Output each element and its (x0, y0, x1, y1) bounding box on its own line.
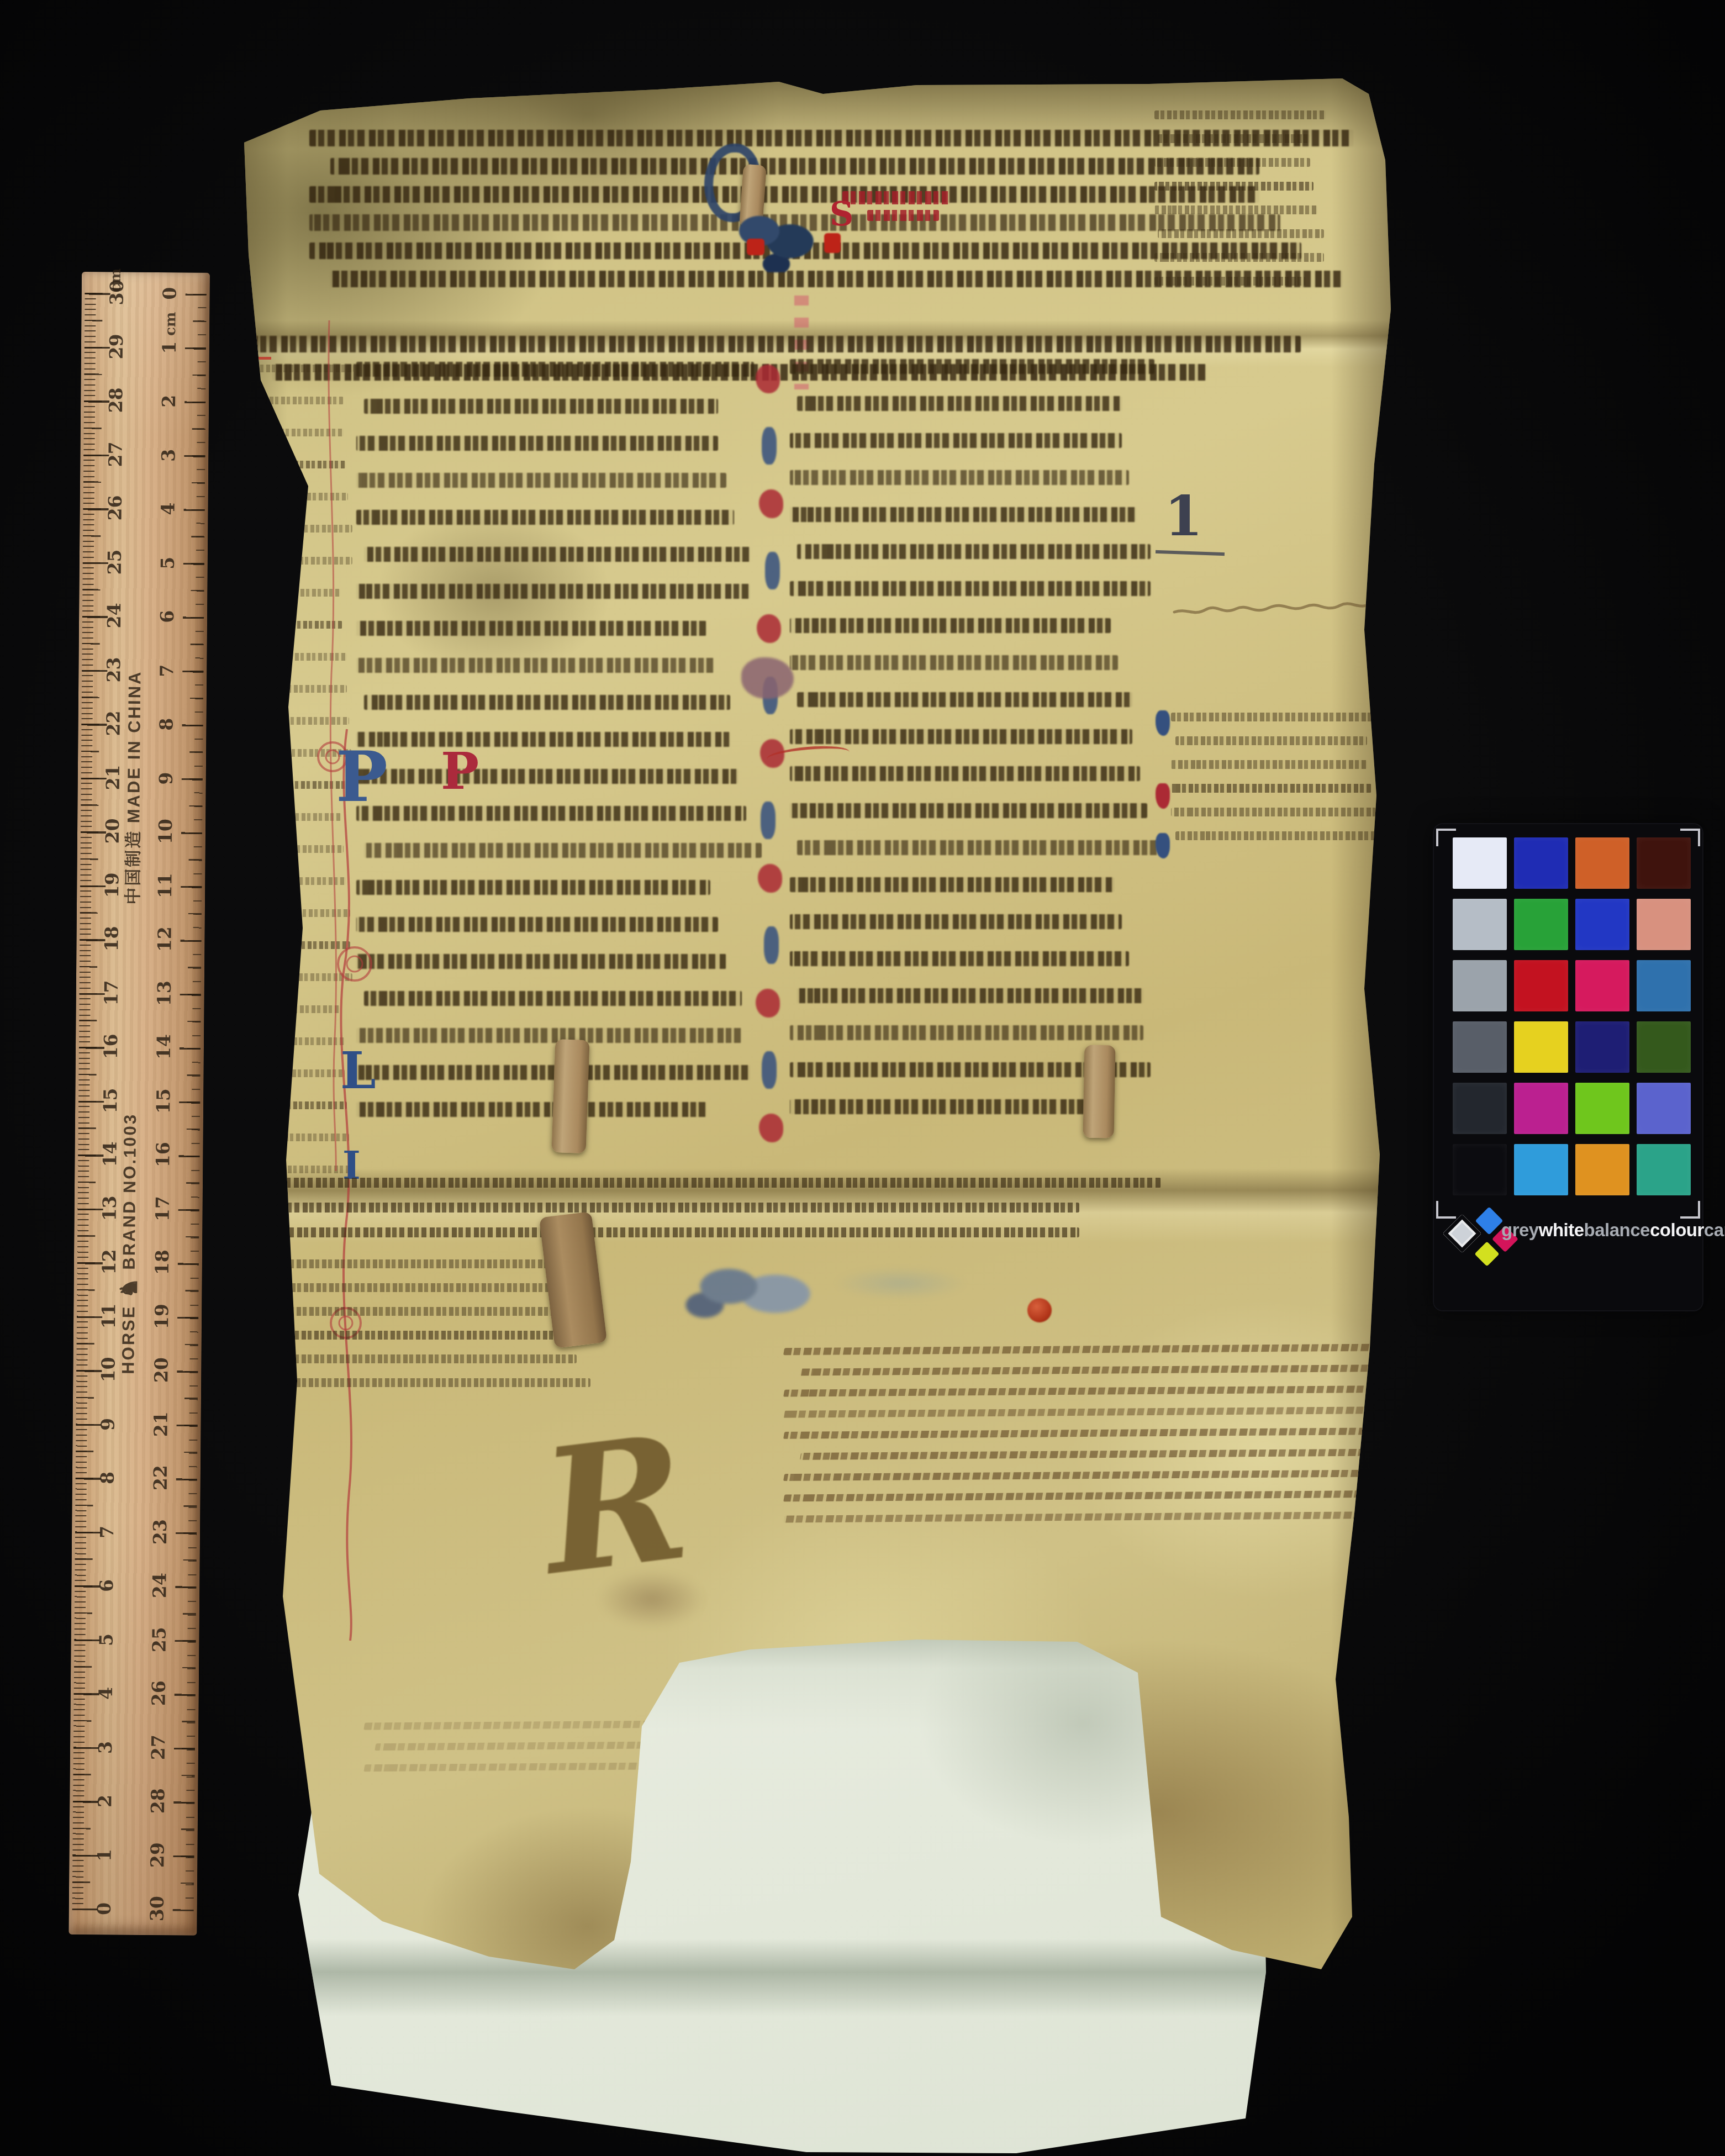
manuscript-text-line (797, 396, 1121, 411)
colour-patch (1514, 1021, 1568, 1073)
ruler-number: 14 (154, 1035, 174, 1059)
manuscript-text-line (1175, 736, 1367, 745)
paraph-mark-red (756, 989, 780, 1018)
paraph-mark-blue (762, 427, 777, 465)
ruler-number: 15 (101, 1089, 120, 1113)
colour-patch (1637, 960, 1691, 1011)
registration-corner-icon (1680, 1201, 1700, 1219)
ruler-right-scale: 0123456789101112131415161718192021222324… (82, 272, 210, 273)
ruler-number: 8 (156, 712, 176, 736)
manuscript-text-line (783, 1510, 1521, 1522)
ruler-number: 9 (156, 766, 176, 790)
manuscript-text-line (1158, 229, 1324, 238)
colour-checker-card: greywhitebalancecolourcard.co.uk (1434, 824, 1702, 1310)
manuscript-text-line (1171, 760, 1367, 769)
paraph-mark-red (757, 614, 781, 643)
paraph-red-1 (1156, 783, 1170, 809)
ruler-number: 21 (151, 1412, 171, 1437)
paraph-blue-1 (1156, 710, 1170, 736)
ruler-number: 0 (94, 1896, 114, 1921)
manuscript-text-line (790, 1025, 1143, 1040)
manuscript-text-line (250, 1227, 1079, 1237)
manuscript-text-line (797, 544, 1151, 559)
ruler-number: 18 (102, 927, 122, 951)
paraph-mark-red (759, 489, 783, 518)
colour-patch (1514, 1083, 1568, 1134)
manuscript-text-line (356, 769, 738, 784)
manuscript-text-line (356, 510, 734, 525)
manuscript-text-line (246, 1331, 569, 1340)
folio-underline (1156, 550, 1225, 556)
colour-patch (1514, 1144, 1568, 1195)
manuscript-text-line (797, 692, 1132, 707)
colour-patch (1453, 1083, 1507, 1134)
manuscript-text-line (356, 880, 710, 895)
ruler-number: 4 (158, 497, 178, 521)
colour-patch (1575, 1144, 1629, 1195)
ruler-unit-label-right: cm (162, 312, 179, 336)
ruler-number: 22 (151, 1466, 171, 1490)
paraph-blue-2 (1156, 833, 1170, 858)
manuscript-text-line (330, 158, 1259, 175)
ruler-number: 9 (98, 1412, 118, 1436)
ruler-cm-ticks-right (173, 293, 207, 1911)
ruler-number: 4 (96, 1681, 116, 1705)
manuscript-text-line (790, 877, 1114, 892)
manuscript-text-line (783, 1468, 1595, 1481)
ruler-number: 29 (147, 1843, 167, 1868)
ruler-number: 2 (95, 1789, 115, 1813)
manuscript-text-line (1154, 205, 1317, 214)
ruler-number: 1 (160, 335, 180, 360)
text-block-left-column (356, 362, 754, 1139)
colour-patch (1575, 837, 1629, 889)
card-url-word: grey (1501, 1220, 1539, 1240)
photo-scene: S P P L I (0, 0, 1725, 2156)
manuscript-text-line (356, 473, 726, 488)
ruler-number: 7 (157, 658, 177, 683)
ruler-number: 25 (105, 550, 125, 574)
logo-diamond-yellow-icon (1474, 1241, 1499, 1266)
manuscript-text-line (356, 584, 750, 599)
ruler-number: 22 (103, 711, 123, 736)
ruler-number: 11 (99, 1304, 119, 1329)
manuscript-text-line (790, 359, 1154, 374)
colour-patch (1637, 1021, 1691, 1073)
manuscript-text-line (783, 1489, 1505, 1501)
manuscript-text-line (364, 547, 750, 562)
initial-p-blue: P (336, 743, 388, 812)
registration-corner-icon (1436, 1201, 1456, 1219)
text-block-right-edge (1154, 110, 1326, 301)
colour-patch (1637, 899, 1691, 950)
logo-diamond-blue-icon (1475, 1207, 1504, 1235)
ruler-number: 5 (96, 1627, 116, 1652)
ruler-number: 19 (102, 873, 122, 898)
manuscript-text-line (1154, 253, 1324, 262)
manuscript-text-line (356, 1065, 750, 1080)
ruler-number: 30 (147, 1897, 167, 1921)
red-penwork-flourish (304, 320, 403, 1646)
manuscript-text-line (797, 840, 1162, 855)
manuscript-text-line (1175, 831, 1384, 840)
ruler-number: 10 (156, 820, 176, 844)
manuscript-text-line (790, 507, 1136, 522)
manuscript-text-line (790, 581, 1151, 596)
colour-patch-grid (1453, 837, 1691, 1195)
manuscript-text-line (790, 470, 1129, 485)
manuscript-text-line (268, 1203, 1079, 1213)
manuscript-text-line (356, 806, 746, 821)
paraph-mark-chain (752, 365, 785, 1182)
colour-patch (1575, 1021, 1629, 1073)
card-url-word: colour (1650, 1220, 1704, 1240)
manuscript-text-line (790, 914, 1122, 929)
colour-patch (1637, 1083, 1691, 1134)
ruler-number: 15 (154, 1089, 173, 1114)
ruler-number: 25 (149, 1628, 169, 1652)
manuscript-text-line (364, 991, 742, 1006)
ruler-number: 24 (150, 1574, 170, 1598)
ruler-number: 27 (105, 442, 125, 467)
colour-patch (1514, 837, 1568, 889)
ruler-number: 30 (107, 281, 127, 305)
ruler-number: 14 (100, 1142, 120, 1167)
red-accent-left (747, 239, 764, 255)
horse-logo-icon: ♞ (115, 1276, 141, 1299)
ruler-number: 16 (153, 1143, 173, 1167)
text-block-right-margin (1171, 713, 1386, 855)
grey-wash-streak (815, 1261, 986, 1306)
manuscript-text-line (1158, 134, 1310, 143)
ruler-number: 6 (157, 604, 177, 629)
manuscript-text-line (356, 362, 754, 377)
manuscript-text-line (790, 729, 1132, 744)
manuscript-text-line (356, 1028, 742, 1043)
card-brand-url: greywhitebalancecolourcard.co.uk (1501, 1220, 1725, 1241)
manuscript-text-line (783, 1342, 1603, 1355)
ruler-number: 12 (99, 1250, 119, 1274)
colour-patch (1453, 1021, 1507, 1073)
manuscript-text-line (356, 658, 714, 673)
ruler-number: 2 (159, 389, 179, 413)
ruler-number: 13 (100, 1196, 120, 1221)
ruler-left-scale: 3029282726252423222120191817161514131211… (82, 272, 210, 273)
manuscript-text-line (364, 399, 718, 414)
ruler-number: 6 (97, 1573, 117, 1598)
paraph-mark-blue (764, 926, 779, 964)
ruler-number: 21 (103, 766, 123, 790)
initial-s-red: S (830, 198, 853, 231)
text-block-fold-band (250, 1178, 1161, 1252)
colour-patch (1637, 837, 1691, 889)
manuscript-text-line (253, 1378, 590, 1387)
paraph-mark-blue (761, 802, 776, 839)
manuscript-text-line (790, 618, 1111, 633)
manuscript-text-line (790, 1099, 1111, 1114)
ruler-number: 23 (150, 1520, 170, 1544)
ruler-number: 23 (104, 658, 124, 682)
manuscript-text-line (246, 1259, 594, 1268)
ruler-number: 12 (155, 927, 175, 952)
manuscript-text-line (1154, 277, 1305, 286)
blue-paint-knot (734, 203, 819, 272)
manuscript-text-line (356, 621, 706, 636)
colour-patch (1453, 1144, 1507, 1195)
ink-stain-under-r (574, 1558, 729, 1641)
manuscript-text-line (790, 433, 1122, 448)
ruler-number: 28 (148, 1789, 168, 1814)
manuscript-text-line (1171, 713, 1386, 721)
ruler-number: 7 (97, 1520, 117, 1544)
colour-patch (1575, 1083, 1629, 1134)
ruler-number: 16 (101, 1035, 121, 1059)
manuscript-text-line (790, 803, 1147, 818)
paraph-mark-blue (765, 552, 780, 589)
manuscript-text-line (1154, 158, 1310, 167)
manuscript-text-line (364, 843, 762, 858)
card-url-word: balance (1584, 1220, 1650, 1240)
colour-patch (1453, 837, 1507, 889)
ruler-number: 24 (104, 604, 124, 628)
ruler-number: 17 (153, 1197, 173, 1221)
paraph-mark-red (758, 864, 782, 893)
ruler-number: 3 (159, 443, 178, 467)
manuscript-text-line (783, 1405, 1545, 1418)
ruler-number: 13 (155, 982, 175, 1006)
colour-patch (1637, 1144, 1691, 1195)
ruler-number: 8 (98, 1466, 118, 1490)
vellum-tab-right (1083, 1045, 1116, 1138)
ruler-brand-text: HORSE ♞ BRAND NO.1003 (116, 1113, 143, 1374)
ruler-number: 26 (105, 496, 125, 520)
ruler-brand-number: BRAND NO.1003 (119, 1113, 140, 1270)
vellum-tab-left-upper (551, 1039, 589, 1153)
text-block-right-column (790, 359, 1154, 1136)
manuscript-text-line (253, 1283, 563, 1292)
manuscript-text-line (800, 1363, 1529, 1375)
faded-inscription (1171, 591, 1403, 624)
ruler-brand-horse-word: HORSE (118, 1305, 138, 1374)
ruler-number: 17 (102, 981, 122, 1005)
initial-p-red: P (441, 746, 479, 797)
manuscript-text-line (783, 1384, 1529, 1396)
ruler-number: 26 (149, 1681, 169, 1706)
paraph-mark-red (756, 365, 780, 393)
ruler-number: 19 (152, 1305, 172, 1329)
initial-l-blue: L (340, 1045, 376, 1096)
ruler-number: 1 (94, 1843, 114, 1867)
wooden-ruler: cm cm 3029282726252423222120191817161514… (68, 272, 210, 1936)
ruler-number: 27 (149, 1736, 168, 1760)
manuscript-text-line (251, 336, 1301, 352)
manuscript-text-line (356, 436, 718, 451)
ruler-number: 29 (107, 335, 126, 359)
colour-patch (1453, 899, 1507, 950)
ruler-number: 3 (96, 1735, 115, 1759)
manuscript-text-line (797, 988, 1143, 1003)
card-url-word: white (1539, 1220, 1584, 1240)
manuscript-text-line (356, 954, 726, 969)
colour-patch (1453, 960, 1507, 1011)
manuscript-text-line (246, 1307, 562, 1316)
ruler-number: 20 (103, 819, 123, 844)
ruler-number: 11 (155, 874, 175, 898)
manuscript-text-line (1154, 110, 1326, 119)
manuscript-text-line (1171, 808, 1376, 816)
red-accent-right (824, 233, 841, 253)
manuscript-text-line (1171, 784, 1371, 793)
colour-patch (1514, 960, 1568, 1011)
colour-patch (1575, 960, 1629, 1011)
manuscript-text-line (790, 655, 1118, 670)
colour-patch (1514, 899, 1568, 950)
manuscript-text-line (790, 951, 1129, 966)
manuscript-text-line (800, 1447, 1595, 1460)
ruler-number: 10 (98, 1358, 118, 1382)
manuscript-text-line (246, 1354, 577, 1363)
red-wax-dot (1027, 1298, 1052, 1322)
manuscript-text-line (783, 1426, 1562, 1439)
manuscript-text-line (356, 732, 730, 747)
red-rubric-line-1 (842, 191, 950, 204)
blue-paint-smudge (679, 1253, 820, 1327)
red-rubric-line-2 (867, 210, 939, 221)
manuscript-text-line (790, 766, 1140, 781)
red-edge-mark (241, 357, 271, 360)
ruler-number: 18 (152, 1251, 172, 1275)
mauve-blob-mark (741, 657, 794, 699)
manuscript-text-line (364, 695, 730, 710)
manuscript-text-line (250, 1178, 1161, 1188)
paraph-mark-blue (762, 1051, 777, 1089)
colour-patch (1575, 899, 1629, 950)
ruler-number: 5 (158, 551, 178, 575)
manuscript-text-line (356, 917, 718, 932)
ruler-number: 28 (106, 388, 126, 413)
text-block-below-fold (246, 1259, 594, 1402)
ruler-number: 0 (160, 281, 180, 305)
text-block-cursive-note (784, 1345, 1602, 1534)
manuscript-text-line (309, 186, 1259, 203)
ruler-number: 20 (151, 1358, 171, 1383)
manuscript-text-line (356, 1102, 706, 1117)
folio-number: 1 (1164, 483, 1203, 549)
ruler-origin-text: 中国制造 MADE IN CHINA (121, 670, 147, 905)
card-url-word: card (1704, 1220, 1725, 1240)
manuscript-text-line (1154, 182, 1313, 191)
paraph-mark-red (759, 1114, 783, 1142)
